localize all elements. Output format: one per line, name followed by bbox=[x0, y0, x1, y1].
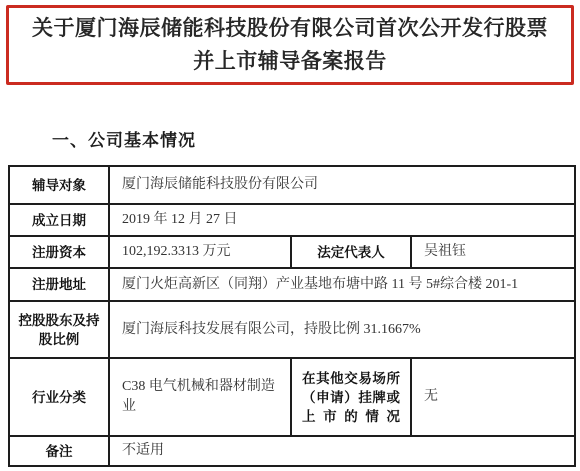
row-value-registered-address: 厦门火炬高新区（同翔）产业基地布塘中路 11 号 5#综合楼 201-1 bbox=[109, 268, 575, 301]
table-row-registered-capital: 注册资本 102,192.3313 万元 法定代表人 吴祖钰 bbox=[9, 236, 575, 268]
row-value-counseling-target: 厦门海辰储能科技股份有限公司 bbox=[109, 166, 575, 204]
table-row-registered-address: 注册地址 厦门火炬高新区（同翔）产业基地布塘中路 11 号 5#综合楼 201-… bbox=[9, 268, 575, 301]
row-label-establishment-date: 成立日期 bbox=[9, 204, 109, 236]
row-label-legal-representative: 法定代表人 bbox=[291, 236, 411, 268]
row-value-legal-representative: 吴祖钰 bbox=[411, 236, 575, 268]
row-label-remarks: 备注 bbox=[9, 436, 109, 466]
table-row-counseling-target: 辅导对象 厦门海辰储能科技股份有限公司 bbox=[9, 166, 575, 204]
report-title: 关于厦门海辰储能科技股份有限公司首次公开发行股票并上市辅导备案报告 bbox=[23, 12, 557, 78]
section-heading-company-basic-info: 一、公司基本情况 bbox=[52, 126, 196, 151]
table-row-industry-classification: 行业分类 C38 电气机械和器材制造业 在其他交易场所（申请）挂牌或上市的情况 … bbox=[9, 358, 575, 436]
row-label-industry-classification: 行业分类 bbox=[9, 358, 109, 436]
row-label-counseling-target: 辅导对象 bbox=[9, 166, 109, 204]
company-info-table: 辅导对象 厦门海辰储能科技股份有限公司 成立日期 2019 年 12 月 27 … bbox=[8, 165, 576, 467]
report-title-box: 关于厦门海辰储能科技股份有限公司首次公开发行股票并上市辅导备案报告 bbox=[6, 5, 574, 85]
row-value-registered-capital: 102,192.3313 万元 bbox=[109, 236, 291, 268]
document-page: 关于厦门海辰储能科技股份有限公司首次公开发行股票并上市辅导备案报告 一、公司基本… bbox=[0, 0, 580, 471]
table-row-remarks: 备注 不适用 bbox=[9, 436, 575, 466]
row-label-registered-capital: 注册资本 bbox=[9, 236, 109, 268]
row-value-other-trading-venues: 无 bbox=[411, 358, 575, 436]
row-value-establishment-date: 2019 年 12 月 27 日 bbox=[109, 204, 575, 236]
table-row-controlling-shareholder: 控股股东及持股比例 厦门海辰科技发展有限公司，持股比例 31.1667% bbox=[9, 301, 575, 358]
row-label-controlling-shareholder: 控股股东及持股比例 bbox=[9, 301, 109, 358]
row-label-other-trading-venues: 在其他交易场所（申请）挂牌或上市的情况 bbox=[291, 358, 411, 436]
row-value-controlling-shareholder: 厦门海辰科技发展有限公司，持股比例 31.1667% bbox=[109, 301, 575, 358]
row-label-registered-address: 注册地址 bbox=[9, 268, 109, 301]
row-value-industry-classification: C38 电气机械和器材制造业 bbox=[109, 358, 291, 436]
row-value-remarks: 不适用 bbox=[109, 436, 575, 466]
table-row-establishment-date: 成立日期 2019 年 12 月 27 日 bbox=[9, 204, 575, 236]
